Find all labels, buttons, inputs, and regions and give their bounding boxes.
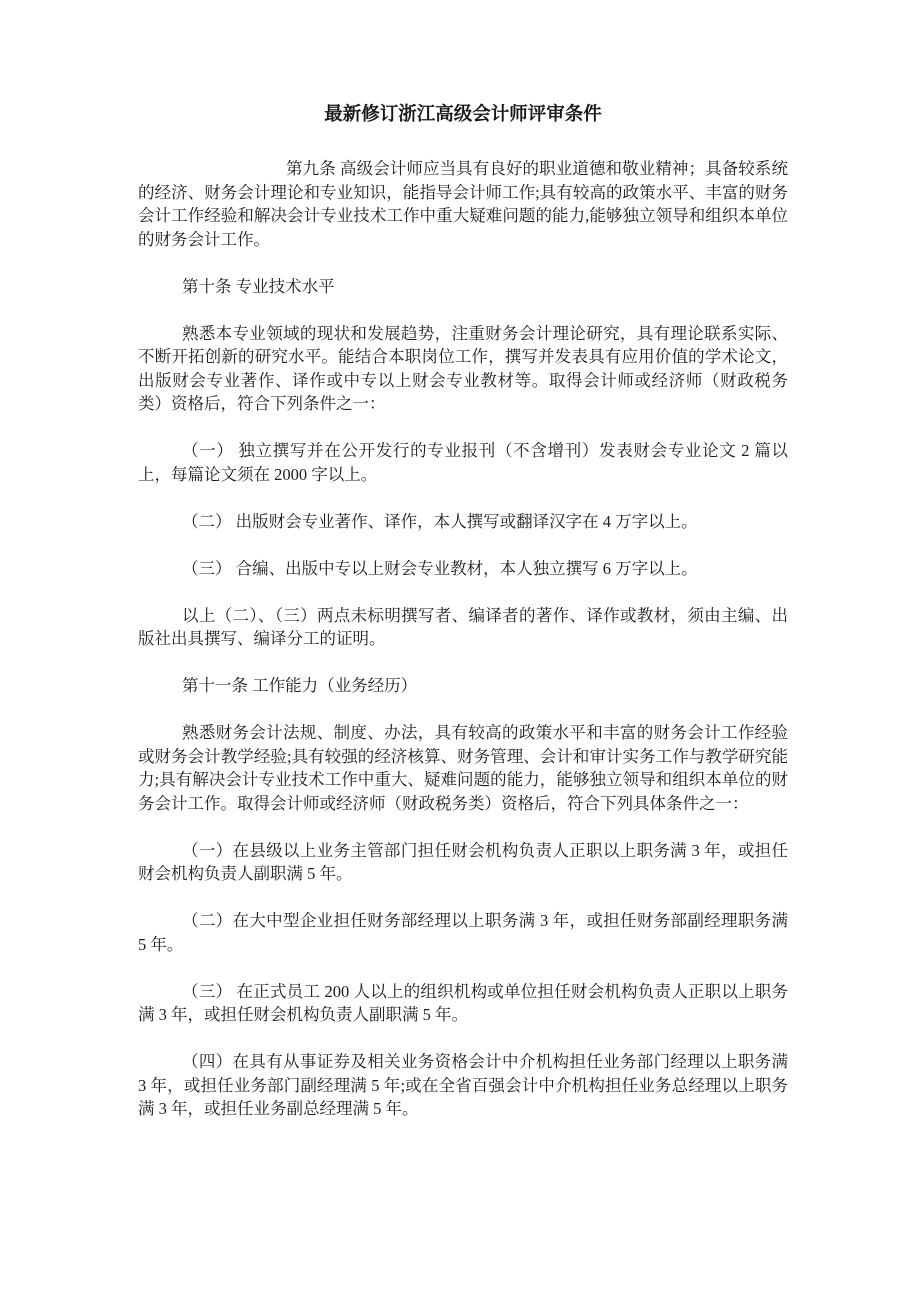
paragraph-article-10-item-3: （三） 合编、出版中专以上财会专业教材，本人独立撰写 6 万字以上。 [138, 557, 788, 581]
paragraph-article-10-item-2: （二） 出版财会专业著作、译作，本人撰写或翻译汉字在 4 万字以上。 [138, 510, 788, 534]
paragraph-article-10-body: 熟悉本专业领域的现状和发展趋势，注重财务会计理论研究，具有理论联系实际、不断开拓… [138, 322, 788, 416]
paragraph-article-9: 第九条 高级会计师应当具有良好的职业道德和敬业精神；具备较系统的经济、财务会计理… [138, 157, 788, 251]
paragraph-article-10-heading: 第十条 专业技术水平 [138, 275, 788, 299]
document-page: 最新修订浙江高级会计师评审条件 第九条 高级会计师应当具有良好的职业道德和敬业精… [0, 0, 920, 1302]
paragraph-article-11-body: 熟悉财务会计法规、制度、办法，具有较高的政策水平和丰富的财务会计工作经验或财务会… [138, 721, 788, 815]
paragraph-article-10-note: 以上（二）、（三）两点未标明撰写者、编译者的著作、译作或教材，须由主编、出版社出… [138, 604, 788, 651]
paragraph-article-11-item-3: （三） 在正式员工 200 人以上的组织机构或单位担任财会机构负责人正职以上职务… [138, 980, 788, 1027]
paragraph-article-10-item-1: （一） 独立撰写并在公开发行的专业报刊（不含增刊）发表财会专业论文 2 篇以上，… [138, 439, 788, 486]
document-title: 最新修订浙江高级会计师评审条件 [138, 103, 788, 128]
paragraph-article-11-heading: 第十一条 工作能力（业务经历） [138, 674, 788, 698]
paragraph-article-11-item-1: （一）在县级以上业务主管部门担任财会机构负责人正职以上职务满 3 年，或担任财会… [138, 839, 788, 886]
paragraph-article-11-item-4: （四）在具有从事证券及相关业务资格会计中介机构担任业务部门经理以上职务满 3 年… [138, 1050, 788, 1121]
paragraph-article-11-item-2: （二）在大中型企业担任财务部经理以上职务满 3 年，或担任财务部副经理职务满 5… [138, 909, 788, 956]
